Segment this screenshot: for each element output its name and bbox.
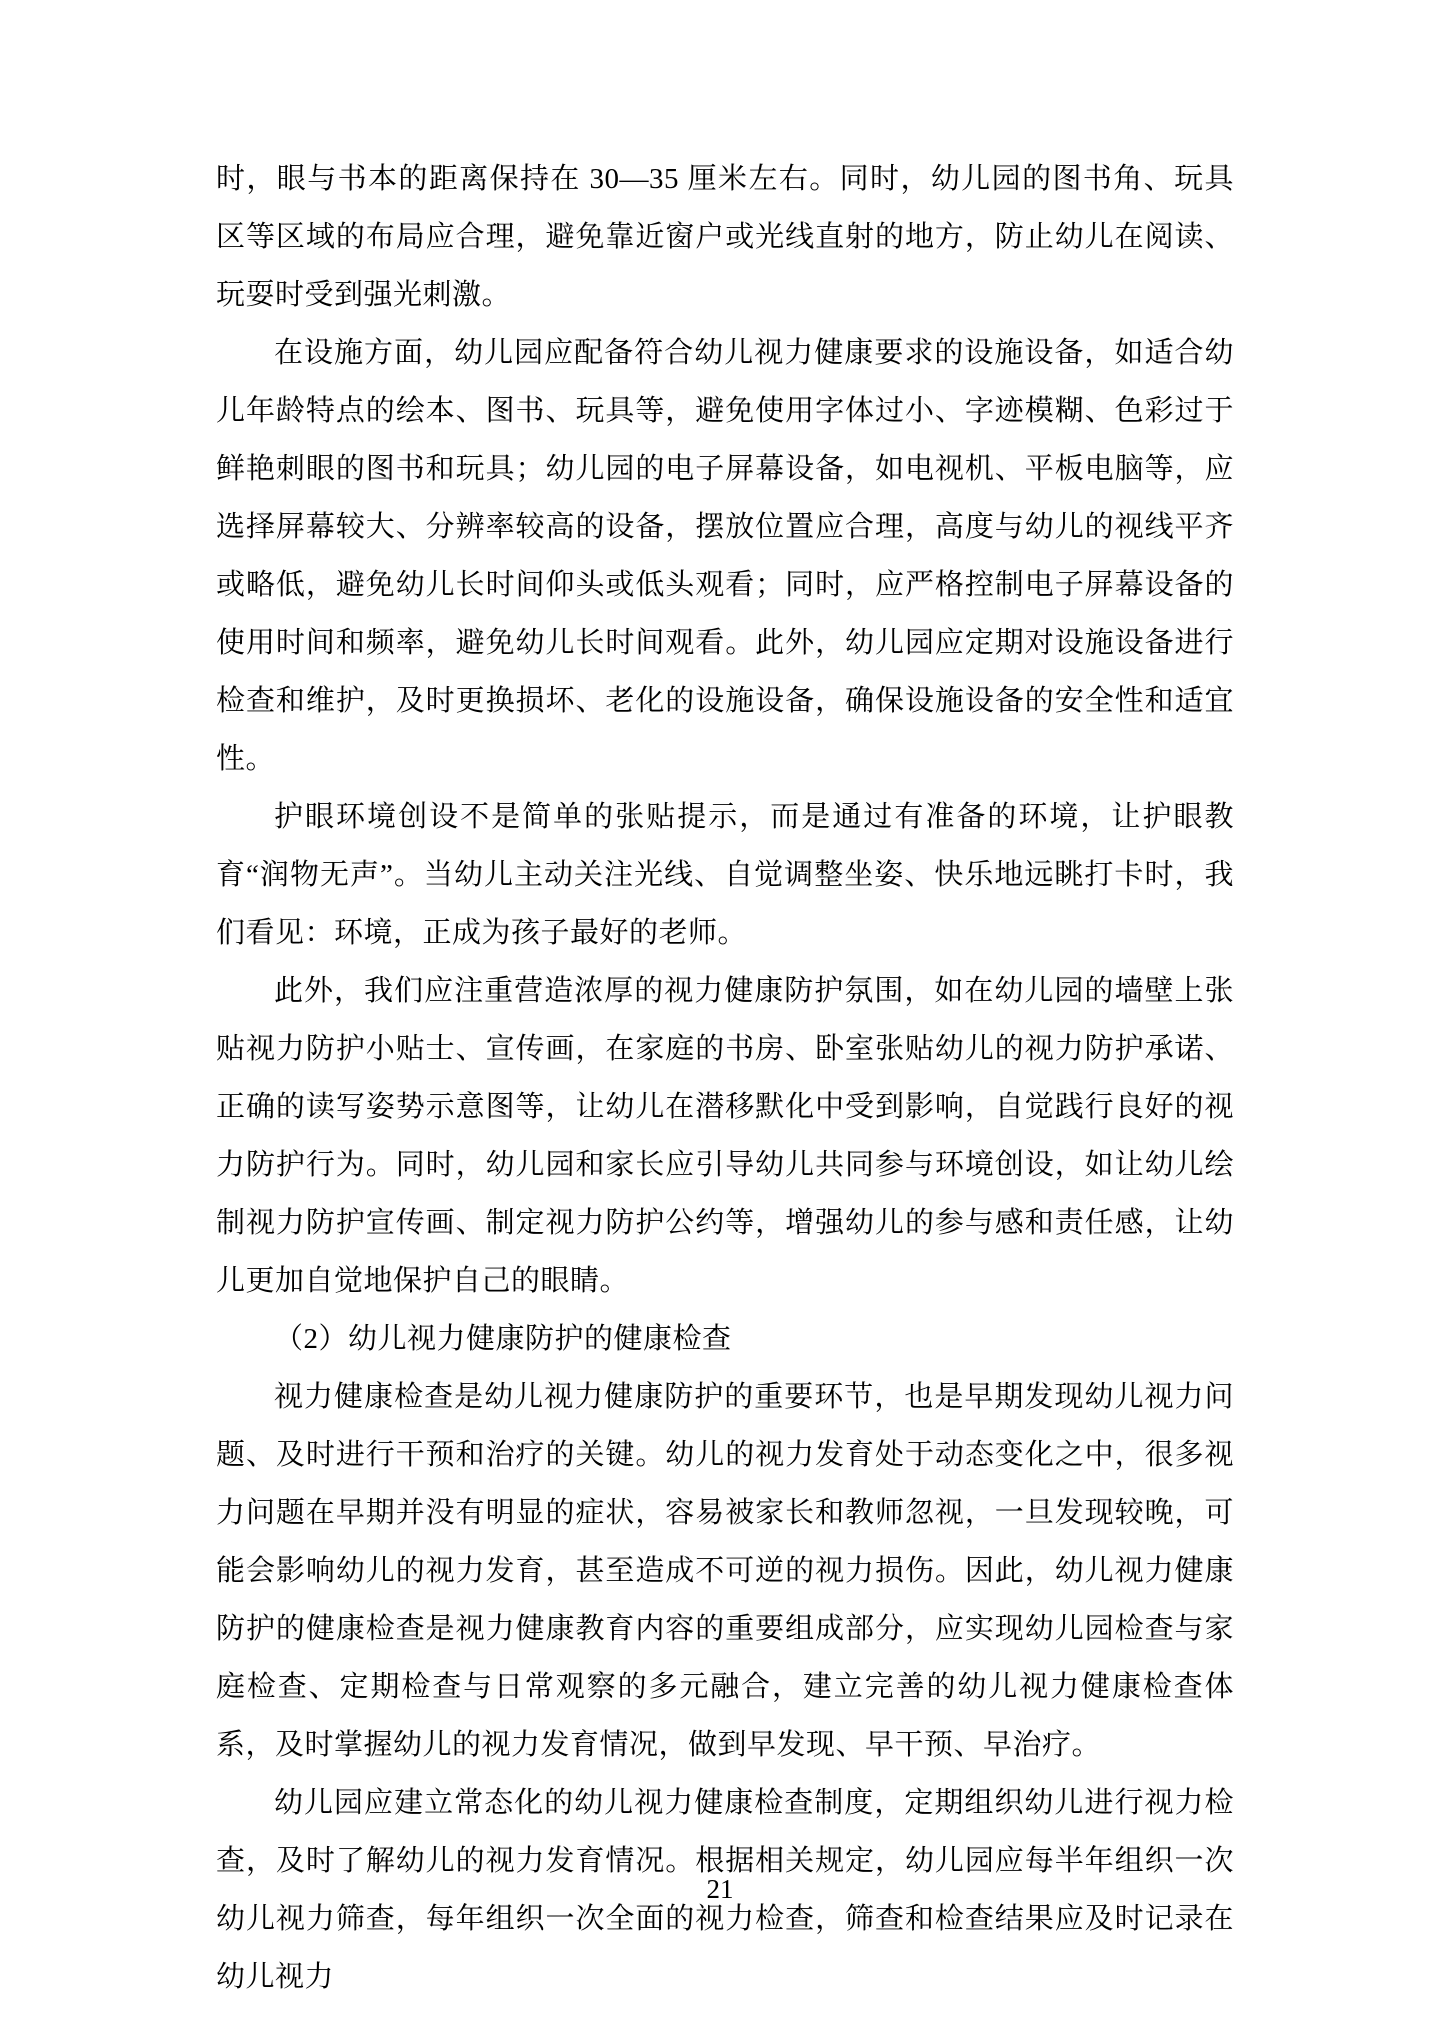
page-number: 21	[0, 1872, 1440, 1906]
page-body-text: 时，眼与书本的距离保持在 30—35 厘米左右。同时，幼儿园的图书角、玩具区等区…	[216, 150, 1234, 2006]
paragraph: 时，眼与书本的距离保持在 30—35 厘米左右。同时，幼儿园的图书角、玩具区等区…	[216, 150, 1234, 324]
paragraph: 护眼环境创设不是简单的张贴提示，而是通过有准备的环境，让护眼教育“润物无声”。当…	[216, 788, 1234, 962]
section-heading: （2）幼儿视力健康防护的健康检查	[216, 1310, 1234, 1368]
paragraph: 此外，我们应注重营造浓厚的视力健康防护氛围，如在幼儿园的墙壁上张贴视力防护小贴士…	[216, 962, 1234, 1310]
paragraph: 视力健康检查是幼儿视力健康防护的重要环节，也是早期发现幼儿视力问题、及时进行干预…	[216, 1368, 1234, 1774]
document-page: 时，眼与书本的距离保持在 30—35 厘米左右。同时，幼儿园的图书角、玩具区等区…	[0, 0, 1440, 2036]
paragraph: 在设施方面，幼儿园应配备符合幼儿视力健康要求的设施设备，如适合幼儿年龄特点的绘本…	[216, 324, 1234, 788]
